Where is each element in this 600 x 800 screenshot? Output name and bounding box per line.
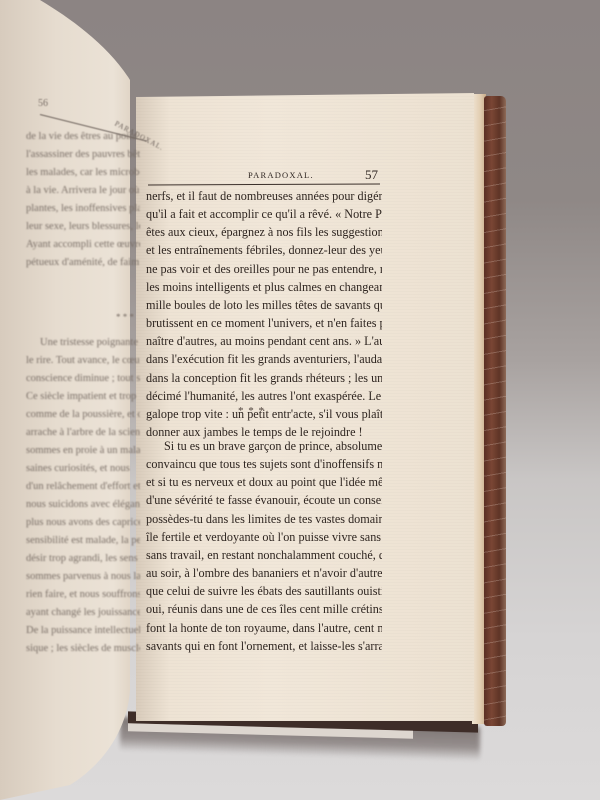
left-paragraph-2: Une tristesse poignante enveloppe le rir… (26, 334, 140, 658)
text-line: brutissent en ce moment l'univers, et n'… (146, 314, 382, 332)
left-text-line: ayant changé les jouissances (26, 604, 140, 622)
text-line: dans l'exécution fit les grands aventuri… (146, 350, 382, 368)
left-text-line: Une tristesse poignante enveloppe (26, 334, 140, 352)
text-line: qu'il a fait et accomplir ce qu'il a rêv… (146, 205, 382, 223)
left-text-line: de la vie des êtres au point de (26, 128, 140, 146)
left-text-line: l'assassiner des pauvres bêtes (26, 146, 140, 164)
text-line: Si tu es un brave garçon de prince, abso… (146, 437, 382, 455)
left-text-line: d'un relâchement d'effort et de (26, 478, 140, 496)
text-line: au soir, à l'ombre des bananiers et n'av… (146, 564, 382, 582)
left-text-line: arrache à l'arbre de la science (26, 424, 140, 442)
text-line: sans travail, en restant nonchalamment c… (146, 546, 382, 564)
left-text-line: sique ; les siècles de muscles (26, 640, 140, 658)
text-line: que celui de suivre les ébats des sautil… (146, 582, 382, 600)
left-text-line: pétueux d'aménité, de faim et de (26, 254, 140, 272)
left-text-line: Ayant accompli cette œuvre de (26, 236, 140, 254)
left-text-line: plantes, les inoffensives plantes (26, 200, 140, 218)
left-text-line: sommes parvenus à nous lasser (26, 568, 140, 586)
text-line: les moins intelligents et plus calmes en… (146, 278, 382, 296)
left-text-line: désir trop agrandi, les sens (26, 550, 140, 568)
text-line: naître d'autres, au moins pendant cent a… (146, 332, 382, 350)
text-line: dans la conception fit les grands rhéteu… (146, 369, 382, 387)
left-text-line: sommes en proie à un malaise (26, 442, 140, 460)
left-text-line: De la puissance intellectuelle (26, 622, 140, 640)
text-line: convaincu que tous tes sujets sont d'ino… (146, 455, 382, 473)
text-line: d'une sévérité te fasse évanouir, écoute… (146, 491, 382, 509)
text-line: savants qui en font l'ornement, et laiss… (146, 637, 382, 655)
left-text-line: comme de la poussière, et chaque (26, 406, 140, 424)
text-line: et si tu es nerveux et doux au point que… (146, 473, 382, 491)
paragraph-1: nerfs, et il faut de nombreuses années p… (146, 187, 382, 441)
leather-cover-edge (484, 96, 506, 726)
text-line: oui, réunis dans une de ces îles cent mi… (146, 600, 382, 618)
left-page-number: 56 (38, 98, 48, 109)
left-text-line: plus nous avons des caprices (26, 514, 140, 532)
left-text-line: les malades, car les microbes (26, 164, 140, 182)
text-line: décimé l'humanité, les autres l'ont exas… (146, 387, 382, 405)
left-text-line: sensibilité est malade, la pensée (26, 532, 140, 550)
text-line: possèdes-tu dans les limites de tes vast… (146, 510, 382, 528)
right-running-head: PARADOXAL. 57 (148, 167, 380, 183)
left-text-line: rien faire, et nous souffrons (26, 586, 140, 604)
text-line: êtes aux cieux, épargnez à nos fils les … (146, 223, 382, 241)
left-text-line: à la vie. Arrivera le jour où (26, 182, 140, 200)
page-number: 57 (365, 167, 378, 183)
left-section-break: * * * (116, 312, 134, 322)
left-text-line: nous suicidons avec élégance ; (26, 496, 140, 514)
text-line: île fertile et verdoyante où l'on puisse… (146, 528, 382, 546)
paragraph-2: Si tu es un brave garçon de prince, abso… (146, 437, 382, 655)
left-text-line: Ce siècle impatient et trop (26, 388, 140, 406)
book-photo: PARADOXAL. 57 nerfs, et il faut de nombr… (0, 0, 600, 800)
left-text-line: le rire. Tout avance, le cœur (26, 352, 140, 370)
text-line: mille boules de loto les milles têtes de… (146, 296, 382, 314)
text-line: et les entraînements fébriles, donnez-le… (146, 241, 382, 259)
text-line: font la honte de ton royaume, dans l'aut… (146, 619, 382, 637)
section-break-asterism: * * * (238, 405, 265, 417)
left-paragraph-1: de la vie des êtres au point de l'assass… (26, 128, 140, 272)
text-line: ne pas voir et des oreilles pour ne pas … (146, 260, 382, 278)
running-title: PARADOXAL. (248, 170, 314, 180)
text-line: nerfs, et il faut de nombreuses années p… (146, 187, 382, 205)
left-text-line: leur sexe, leurs blessures, leur (26, 218, 140, 236)
left-text-line: conscience diminue ; tout s'éteint (26, 370, 140, 388)
left-text-line: saines curiosités, et nous (26, 460, 140, 478)
